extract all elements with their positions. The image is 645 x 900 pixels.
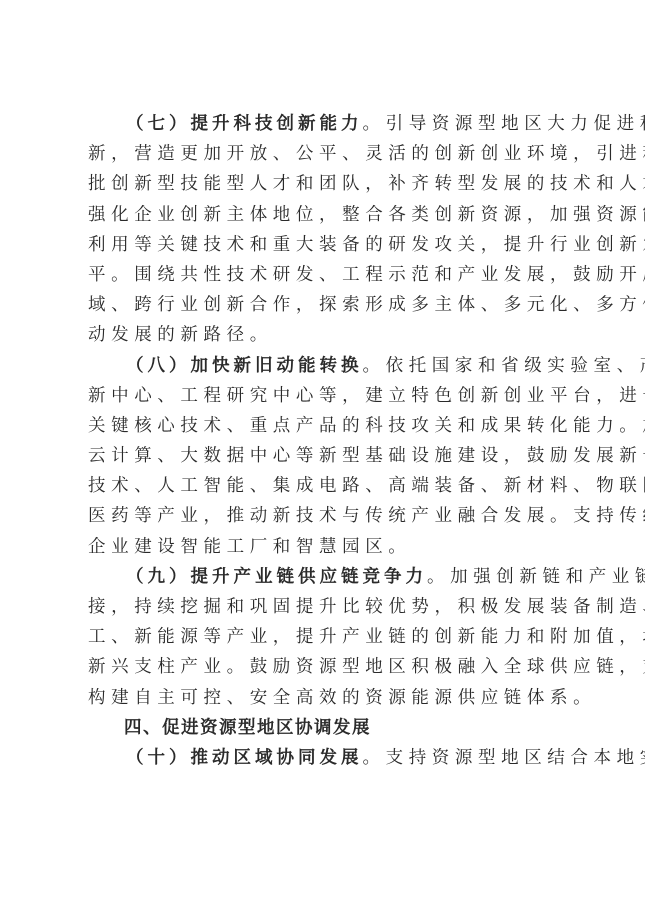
paragraph-8-line: 技术、人工智能、集成电路、高端装备、新材料、物联网、生物 — [88, 471, 558, 501]
paragraph-8-line: 云计算、大数据中心等新型基础设施建设，鼓励发展新一代信息 — [88, 441, 558, 471]
paragraph-9-line: 接，持续挖掘和巩固提升比较优势，积极发展装备制造、精细化 — [88, 592, 558, 622]
paragraph-8-line: 新中心、工程研究中心等，建立特色创新创业平台，进一步提升 — [88, 381, 558, 411]
paragraph-9-line: 新兴支柱产业。鼓励资源型地区积极融入全球供应链，支持加快 — [88, 652, 558, 682]
paragraph-9-line: 构建自主可控、安全高效的资源能源供应链体系。 — [88, 683, 558, 713]
paragraph-7-line: 强化企业创新主体地位，整合各类创新资源，加强资源能源开采 — [88, 200, 558, 230]
paragraph-9-line: 工、新能源等产业，提升产业链的创新能力和附加值，培育一批 — [88, 622, 558, 652]
paragraph-7-line: 利用等关键技术和重大装备的研发攻关，提升行业创新发展水 — [88, 230, 558, 260]
paragraph-7-line: 新，营造更加开放、公平、灵活的创新创业环境，引进和培养一 — [88, 139, 558, 169]
paragraph-8-line: 关键核心技术、重点产品的科技攻关和成果转化能力。加快5G、 — [88, 411, 558, 441]
paragraph-7-line: 域、跨行业创新合作，探索形成多主体、多元化、多方位创新驱 — [88, 290, 558, 320]
paragraph-9-line-1: （九）提升产业链供应链竞争力。加强创新链和产业链对 — [88, 562, 558, 592]
paragraph-7-line: 动发展的新路径。 — [88, 320, 558, 350]
paragraph-9-lead: （九）提升产业链供应链竞争力 — [126, 567, 427, 587]
section-heading: 四、促进资源型地区协调发展 — [88, 713, 558, 743]
paragraph-8-line-1: （八）加快新旧动能转换。依托国家和省级实验室、产业创 — [88, 351, 558, 381]
paragraph-7-lead: （七）提升科技创新能力 — [126, 114, 363, 134]
paragraph-7-line: 平。围绕共性技术研发、工程示范和产业发展，鼓励开展跨区 — [88, 260, 558, 290]
paragraph-7-line: 批创新型技能型人才和团队，补齐转型发展的技术和人才短板。 — [88, 169, 558, 199]
paragraph-8-line: 企业建设智能工厂和智慧园区。 — [88, 532, 558, 562]
paragraph-7-line-1: （七）提升科技创新能力。引导资源型地区大力促进科技创 — [88, 109, 558, 139]
paragraph-10-line-1: （十）推动区域协同发展。支持资源型地区结合本地实际积 — [88, 743, 558, 773]
paragraph-8-line: 医药等产业，推动新技术与传统产业融合发展。支持传统资源型 — [88, 501, 558, 531]
paragraph-8-lead: （八）加快新旧动能转换 — [126, 356, 363, 376]
document-page: （七）提升科技创新能力。引导资源型地区大力促进科技创 新，营造更加开放、公平、灵… — [88, 109, 558, 773]
paragraph-10-lead: （十）推动区域协同发展 — [126, 748, 363, 768]
